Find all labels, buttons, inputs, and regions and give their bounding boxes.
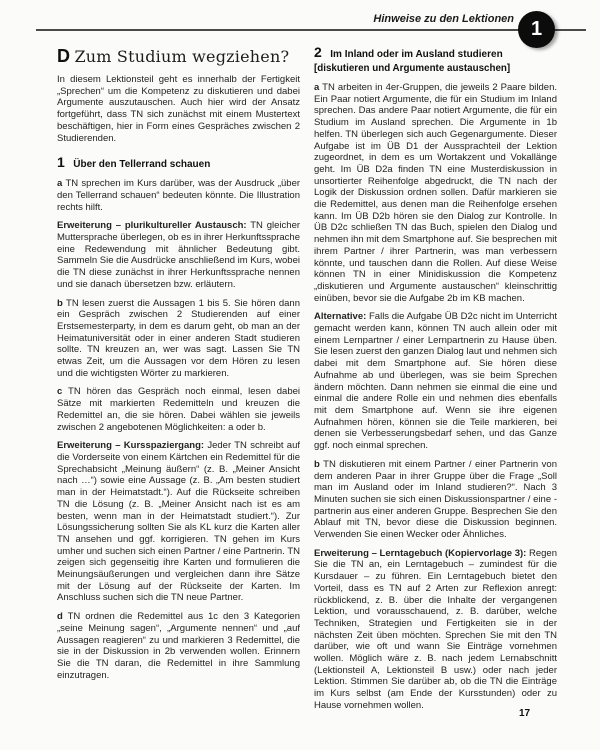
task-heading-1: 1 Über den Tellerrand schauen — [57, 154, 300, 172]
paragraph-text: TN arbeiten in 4er-Gruppen, die jeweils … — [314, 82, 557, 304]
paragraph-label: Erweiterung – Lerntagebuch (Kopiervorlag… — [314, 548, 526, 559]
lesson-number-badge: 1 — [518, 11, 555, 48]
paragraph-label: c — [57, 386, 62, 397]
paragraph-text: Jeder TN schreibt auf die Vorderseite vo… — [57, 440, 300, 603]
paragraph-text: TN lesen zuerst die Aussagen 1 bis 5. Si… — [57, 298, 300, 379]
paragraph-text: Falls die Aufgabe ÜB D2c nicht im Unterr… — [314, 311, 557, 451]
paragraph-text: TN sprechen im Kurs darüber, was der Aus… — [57, 178, 300, 212]
paragraph-erweiterung-austausch: Erweiterung – plurikultureller Austausch… — [57, 220, 300, 290]
paragraph-text: TN ordnen die Redemittel aus 1c den 3 Ka… — [57, 611, 300, 681]
paragraph-erweiterung-lerntagebuch: Erweiterung – Lerntagebuch (Kopiervorlag… — [314, 548, 557, 712]
header-title: Hinweise zu den Lektionen — [36, 13, 514, 25]
task-title: Über den Tellerrand schauen — [73, 159, 210, 170]
page-columns: D Zum Studium wegziehen? In diesem Lekti… — [57, 42, 557, 719]
task-number: 2 — [314, 44, 322, 60]
paragraph-label: a — [57, 178, 62, 189]
paragraph-d: d TN ordnen die Redemittel aus 1c den 3 … — [57, 611, 300, 681]
section-title: Zum Studium wegziehen? — [74, 47, 289, 66]
paragraph-label: Erweiterung – Kursspaziergang: — [57, 440, 204, 451]
paragraph-alternative: Alternative: Falls die Aufgabe ÜB D2c ni… — [314, 311, 557, 451]
paragraph-label: b — [314, 459, 320, 470]
paragraph-b: b TN lesen zuerst die Aussagen 1 bis 5. … — [57, 298, 300, 380]
paragraph-text: Regen Sie die TN an, ein Lerntagebuch – … — [314, 548, 557, 711]
paragraph-text: TN hören das Gespräch noch einmal, lesen… — [57, 386, 300, 432]
paragraph-label: a — [314, 82, 319, 93]
book-page: Hinweise zu den Lektionen 1 D Zum Studiu… — [0, 0, 600, 750]
header-rule — [36, 29, 586, 31]
paragraph-b: b TN diskutieren mit einem Partner / ein… — [314, 459, 557, 541]
page-number: 17 — [519, 708, 530, 719]
right-column: 2 Im Inland oder im Ausland studieren [d… — [314, 42, 557, 719]
intro-paragraph: In diesem Lektionsteil geht es innerhalb… — [57, 74, 300, 144]
paragraph-a: a TN sprechen im Kurs darüber, was der A… — [57, 178, 300, 213]
paragraph-label: b — [57, 298, 63, 309]
task-number: 1 — [57, 154, 65, 170]
section-heading-d: D Zum Studium wegziehen? — [57, 46, 300, 67]
paragraph-c: c TN hören das Gespräch noch einmal, les… — [57, 386, 300, 433]
paragraph-text: TN diskutieren mit einem Partner / einer… — [314, 459, 557, 540]
paragraph-a: a TN arbeiten in 4er-Gruppen, die jeweil… — [314, 82, 557, 304]
left-column: D Zum Studium wegziehen? In diesem Lekti… — [57, 42, 300, 719]
task-heading-2: 2 Im Inland oder im Ausland studieren — [314, 44, 557, 62]
paragraph-erweiterung-kursspaziergang: Erweiterung – Kursspaziergang: Jeder TN … — [57, 440, 300, 604]
paragraph-label: Erweiterung – plurikultureller Austausch… — [57, 220, 247, 231]
section-letter: D — [57, 46, 70, 66]
task-subtitle: [diskutieren und Argumente austauschen] — [314, 63, 557, 74]
paragraph-label: d — [57, 611, 63, 622]
paragraph-label: Alternative: — [314, 311, 366, 322]
task-title: Im Inland oder im Ausland studieren — [330, 49, 502, 60]
